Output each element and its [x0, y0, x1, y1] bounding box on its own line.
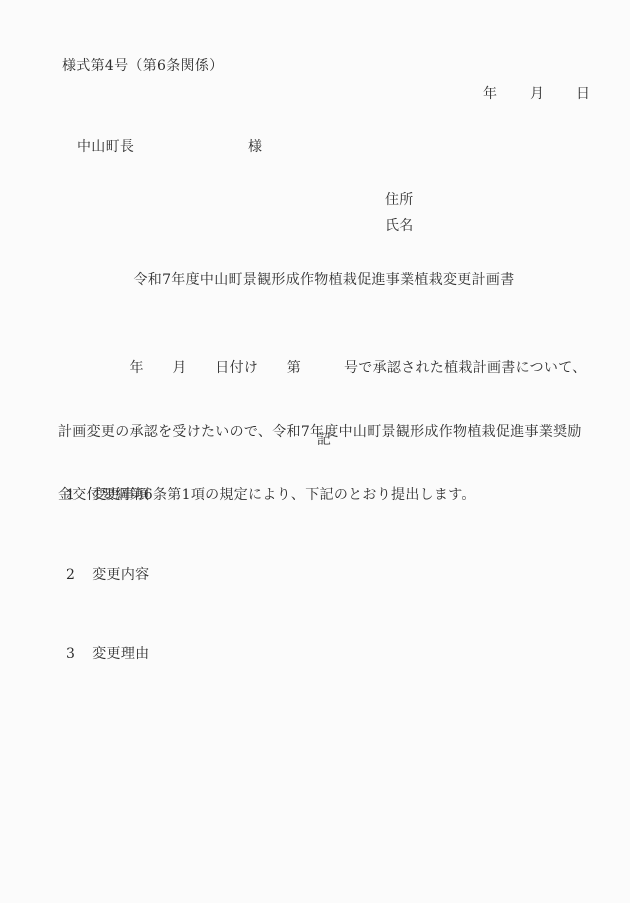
list-item-change-details: 2 変更内容 — [66, 567, 149, 585]
addressee-line: 中山町長 様 — [0, 139, 630, 159]
address-label: 住所 — [385, 192, 414, 210]
item-number: 1 — [66, 487, 75, 505]
date-day-label: 日 — [576, 86, 590, 104]
item-number: 2 — [66, 567, 75, 585]
item-number: 3 — [66, 646, 75, 664]
date-year-label: 年 — [483, 86, 497, 104]
list-item-change-matters: 1 変更事項 — [66, 487, 149, 505]
body-line-1: 年 月 日付け 第 号で承認された植栽計画書について、 — [58, 354, 594, 383]
date-line: 年 月 日 — [0, 86, 630, 106]
date-month-label: 月 — [530, 86, 544, 104]
form-number: 様式第4号（第6条関係） — [62, 58, 223, 76]
addressee-name: 中山町長 — [77, 139, 134, 157]
item-label: 変更内容 — [92, 567, 149, 585]
item-label: 変更事項 — [92, 487, 149, 505]
item-label: 変更理由 — [92, 646, 149, 664]
addressee-honorific: 様 — [248, 139, 262, 157]
record-marker: 記 — [58, 432, 590, 450]
name-label: 氏名 — [385, 218, 414, 236]
document-title: 令和7年度中山町景観形成作物植栽促進事業植栽変更計画書 — [58, 272, 590, 290]
document-page: 様式第4号（第6条関係） 年 月 日 中山町長 様 住所 氏名 令和7年度中山町… — [0, 0, 630, 903]
list-item-change-reason: 3 変更理由 — [66, 646, 149, 664]
